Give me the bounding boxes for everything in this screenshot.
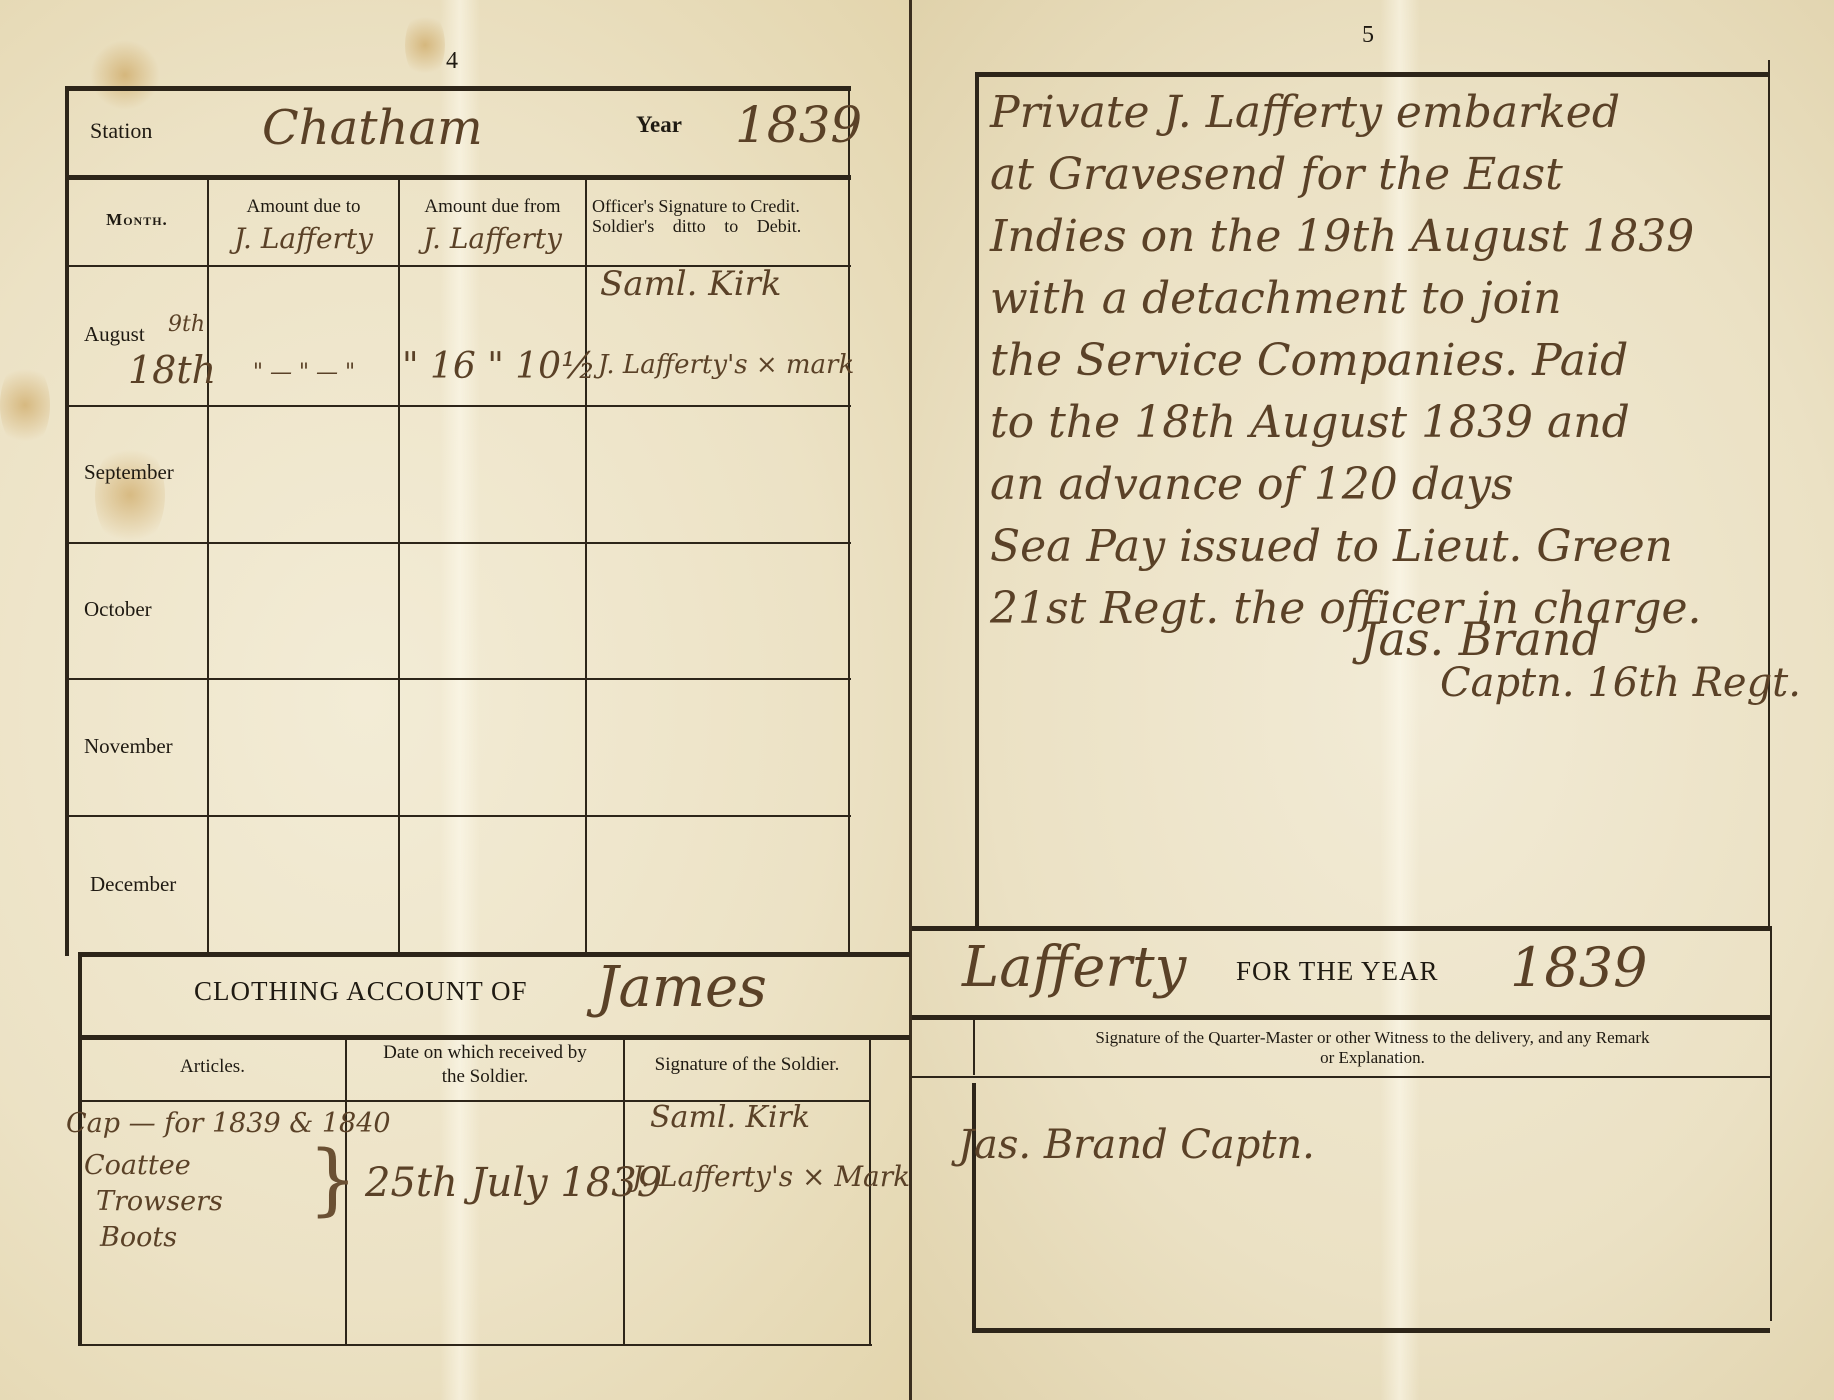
stain: [0, 360, 50, 450]
clothing-top-rule-right: [912, 926, 1770, 931]
amount-due-to-name: J. Lafferty: [209, 222, 398, 255]
stain: [405, 10, 445, 80]
article-trowsers: Trowsers: [96, 1186, 223, 1217]
month-december: December: [90, 872, 176, 897]
clothing-first-name: James: [596, 955, 767, 1020]
august-note: 9th: [168, 312, 205, 337]
page-number-right: 5: [1362, 22, 1374, 49]
remarks-top-rule: [975, 72, 1770, 77]
august-day: 18th: [128, 348, 216, 392]
stain: [90, 40, 160, 110]
signature-header-line1: Officer's Signature to Credit.: [592, 196, 800, 217]
station-label: Station: [90, 118, 152, 144]
amount-due-to-header: Amount due to: [209, 196, 398, 218]
article-boots: Boots: [100, 1222, 177, 1253]
remarks-line: to the 18th August 1839 and: [990, 392, 1770, 454]
month-november: November: [84, 734, 173, 759]
amount-due-from-name: J. Lafferty: [400, 222, 585, 255]
station-value: Chatham: [262, 100, 483, 156]
clothing-header-rule-right: [912, 1015, 1770, 1020]
remarks-left-rule: [975, 72, 979, 928]
soldier-signature-header: Signature of the Soldier.: [625, 1054, 869, 1076]
witness-left-rule: [972, 1083, 976, 1333]
witness-bottom-rule: [972, 1328, 1770, 1333]
for-the-year-label: FOR THE YEAR: [1236, 956, 1439, 987]
col-rule: [207, 177, 209, 952]
witness-header-line1: Signature of the Quarter-Master or other…: [975, 1028, 1770, 1048]
august-officer-signature: Saml. Kirk: [600, 264, 781, 304]
remarks-signature-rank: Captn. 16th Regt.: [1440, 660, 1801, 706]
row-rule: [65, 815, 851, 817]
witness-header-line2: or Explanation.: [975, 1048, 1770, 1068]
witness-header-rule: [912, 1076, 1770, 1078]
article-coattee: Coattee: [84, 1150, 191, 1181]
date-received: 25th July 1839: [365, 1160, 662, 1206]
witness-signature: Jas. Brand Captn.: [958, 1122, 1315, 1168]
year-label: Year: [636, 112, 682, 138]
clothing-top-rule-left: [78, 952, 910, 957]
august-amount-due-to: " — " — ": [212, 360, 396, 385]
date-header-line2: the Soldier.: [347, 1066, 623, 1088]
clothing-left-rule: [78, 952, 82, 1344]
clothing-bottom-rule-left: [78, 1344, 872, 1346]
row-rule: [65, 678, 851, 680]
clothing-surname: Lafferty: [962, 935, 1186, 1000]
clothing-title: CLOTHING ACCOUNT OF: [194, 976, 528, 1007]
august-amount-due-from: " 16 " 10½: [402, 346, 582, 387]
remarks-line: at Gravesend for the East: [990, 144, 1770, 206]
clothing-soldier-signature: J. Lafferty's × Mark: [632, 1160, 910, 1193]
remarks-line: an advance of 120 days: [990, 454, 1770, 516]
month-october: October: [84, 597, 152, 622]
table-top-rule: [65, 86, 851, 91]
clothing-officer-signature: Saml. Kirk: [650, 1100, 810, 1135]
remarks-line: the Service Companies. Paid: [990, 330, 1770, 392]
brace-icon: }: [308, 1135, 358, 1225]
remarks-signature-name: Jas. Brand: [1360, 612, 1601, 666]
witness-right-rule: [1770, 926, 1772, 1321]
remarks-text: Private J. Lafferty embarked at Gravesen…: [990, 82, 1770, 640]
year-value: 1839: [735, 96, 862, 154]
remarks-line: Private J. Lafferty embarked: [990, 82, 1770, 144]
col-rule: [398, 177, 400, 952]
row-rule: [65, 405, 851, 407]
station-row-rule: [65, 175, 851, 180]
signature-header-line2: Soldier's ditto to Debit.: [592, 216, 801, 237]
amount-due-from-header: Amount due from: [400, 196, 585, 218]
clothing-header-rule-left: [78, 1035, 910, 1040]
remarks-line: with a detachment to join: [990, 268, 1770, 330]
august-soldier-signature: J. Lafferty's × mark: [598, 350, 854, 380]
table-right-rule: [848, 86, 850, 956]
month-august: August: [84, 322, 145, 347]
row-rule: [65, 542, 851, 544]
month-header: Month.: [67, 210, 207, 230]
clothing-year: 1839: [1510, 936, 1647, 999]
col-rule: [585, 177, 587, 952]
stain: [95, 440, 165, 550]
remarks-line: Indies on the 19th August 1839: [990, 206, 1770, 268]
month-september: September: [84, 460, 174, 485]
page-number-left: 4: [446, 48, 458, 75]
date-header-line1: Date on which received by: [347, 1042, 623, 1064]
articles-header: Articles.: [80, 1056, 345, 1078]
remarks-line: Sea Pay issued to Lieut. Green: [990, 516, 1770, 578]
